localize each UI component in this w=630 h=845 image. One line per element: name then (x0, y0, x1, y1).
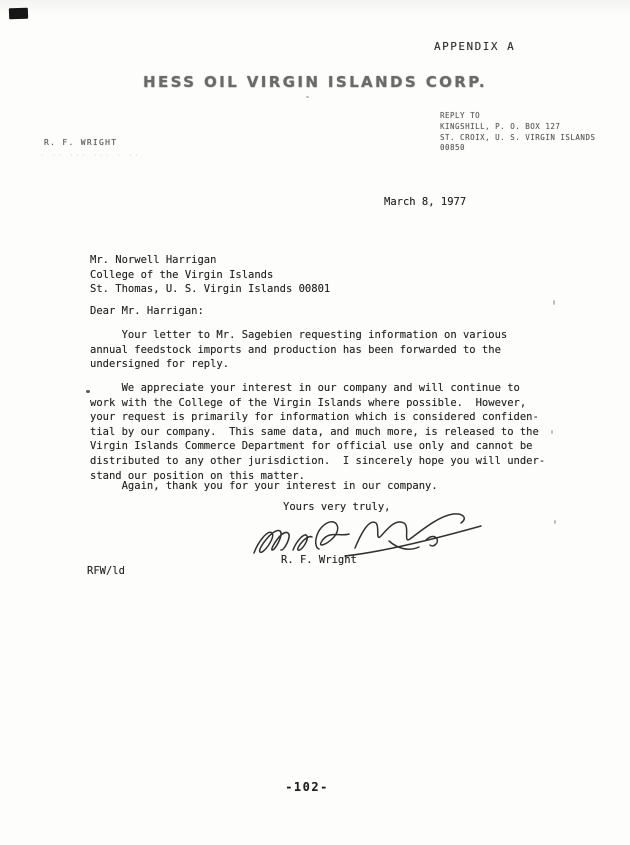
body-paragraph-3: Again, thank you for your interest in ou… (90, 479, 438, 494)
reference-initials: RFW/ld (87, 564, 125, 579)
appendix-label: APPENDIX A (434, 40, 515, 53)
typed-signer-name: R. F. Wright (281, 553, 357, 568)
letter-date: March 8, 1977 (384, 195, 466, 210)
scan-speck (306, 96, 309, 98)
recipient-address: Mr. Norwell Harrigan College of the Virg… (90, 253, 330, 297)
company-name: HESS OIL VIRGIN ISLANDS CORP. (0, 73, 630, 91)
page-number: -102- (0, 780, 614, 794)
scanned-letter-page: APPENDIX A HESS OIL VIRGIN ISLANDS CORP.… (0, 0, 630, 845)
scan-speck (554, 520, 556, 524)
scan-speck (551, 430, 553, 434)
letterhead-officer-title: · ·· ··· ··· · ·· (40, 151, 141, 159)
scan-speck (86, 390, 90, 393)
letterhead-officer-name: R. F. WRIGHT (44, 138, 117, 147)
scan-speck (553, 300, 555, 305)
body-paragraph-1: Your letter to Mr. Sagebien requesting i… (90, 328, 507, 372)
salutation: Dear Mr. Harrigan: (90, 304, 204, 319)
scan-artifact-mark (9, 8, 28, 20)
reply-to-address: REPLY TO KINGSHILL, P. O. BOX 127 ST. CR… (440, 111, 595, 154)
body-paragraph-2: We appreciate your interest in our compa… (90, 381, 545, 483)
